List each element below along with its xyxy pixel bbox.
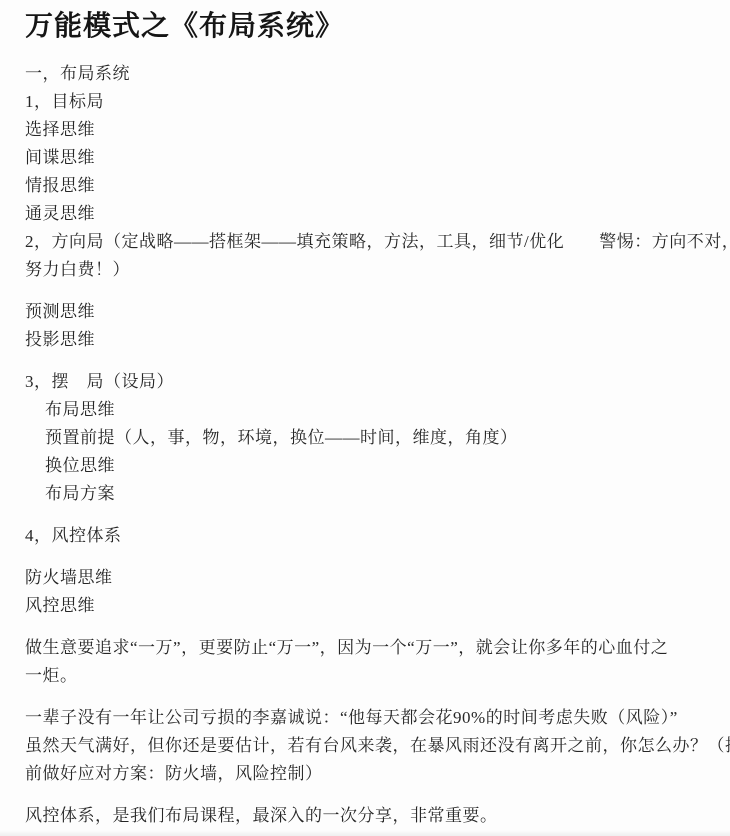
text-line: 布局方案: [25, 480, 705, 508]
text-line: 一炬。: [25, 662, 705, 690]
blank-line: [25, 354, 705, 368]
text-line: 情报思维: [25, 172, 705, 200]
blank-line: [25, 550, 705, 564]
text-line: 布局思维: [25, 396, 705, 424]
blank-line: [25, 284, 705, 298]
text-line-item-2: 2，方向局（定战略——搭框架——填充策略，方法，工具，细节/优化 警惕：方向不对…: [25, 228, 705, 256]
text-line: 防火墙思维: [25, 564, 705, 592]
text-line: 前做好应对方案：防火墙，风险控制）: [25, 760, 705, 788]
blank-line: [25, 508, 705, 522]
text-line: 预置前提（人，事，物，环境，换位——时间，维度，角度）: [25, 424, 705, 452]
text-line-item-1: 1，目标局: [25, 88, 705, 116]
document-page: 万能模式之《布局系统》 一，布局系统 1，目标局 选择思维 间谍思维 情报思维 …: [0, 0, 730, 836]
document-title: 万能模式之《布局系统》: [25, 10, 705, 44]
text-line-item-3: 3，摆 局（设局）: [25, 368, 705, 396]
page-bottom-shade: [0, 830, 730, 836]
text-line: 通灵思维: [25, 200, 705, 228]
text-line: 预测思维: [25, 298, 705, 326]
text-line: 间谍思维: [25, 144, 705, 172]
text-line: 选择思维: [25, 116, 705, 144]
text-line: 风控思维: [25, 592, 705, 620]
text-line-paragraph-1: 做生意要追求“一万”，更要防止“万一”，因为一个“万一”，就会让你多年的心血付之: [25, 634, 705, 662]
text-line: 换位思维: [25, 452, 705, 480]
text-line-item-4: 4，风控体系: [25, 522, 705, 550]
text-line-paragraph-2: 一辈子没有一年让公司亏损的李嘉诚说：“他每天都会花90%的时间考虑失败（风险）”: [25, 704, 705, 732]
text-line-closing: 风控体系，是我们布局课程，最深入的一次分享，非常重要。: [25, 802, 705, 830]
text-line-section-1: 一，布局系统: [25, 60, 705, 88]
blank-line: [25, 620, 705, 634]
text-line: 虽然天气满好，但你还是要估计，若有台风来袭，在暴风雨还没有离开之前，你怎么办？（…: [25, 732, 705, 760]
blank-line: [25, 788, 705, 802]
text-line: 投影思维: [25, 326, 705, 354]
text-line: 努力白费！）: [25, 256, 705, 284]
blank-line: [25, 690, 705, 704]
